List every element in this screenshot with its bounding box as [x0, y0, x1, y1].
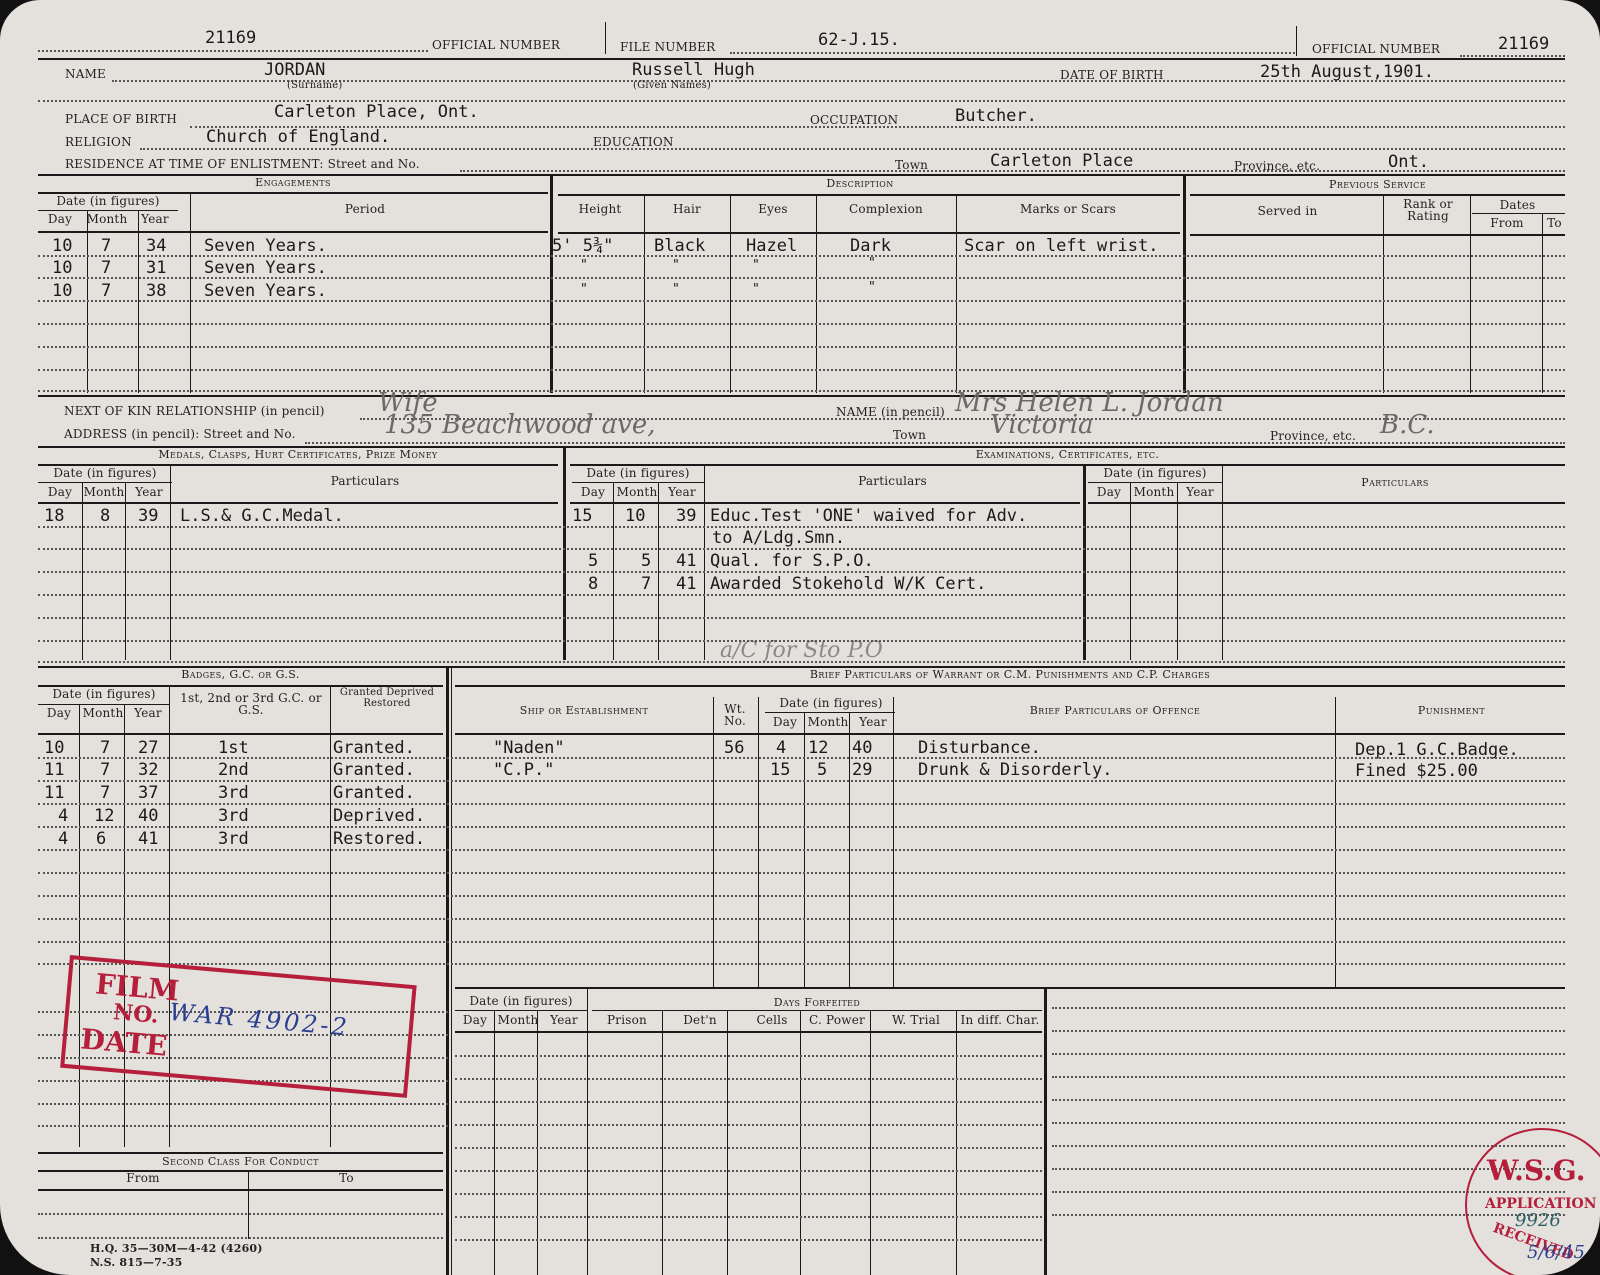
dotted-line — [38, 757, 1565, 759]
cell-hair: Black — [654, 236, 705, 256]
dotted-line — [38, 277, 1565, 279]
dob-label: DATE OF BIRTH — [1060, 68, 1164, 82]
col-ship: Ship or Establishment — [455, 704, 713, 717]
surname-value: JORDAN — [264, 60, 325, 80]
cell-year: 38 — [146, 281, 166, 301]
cell-status: Granted. — [333, 760, 415, 780]
divider — [730, 194, 731, 393]
rule — [1190, 194, 1565, 196]
cell-day: 10 — [44, 738, 64, 758]
cell-particulars: to A/Ldg.Smn. — [712, 528, 845, 548]
cell-year: 41 — [138, 829, 158, 849]
cell-day: 11 — [44, 783, 64, 803]
cell-ship: "C.P." — [493, 760, 554, 780]
dotted-line — [1052, 1099, 1565, 1101]
cell-year: 27 — [138, 738, 158, 758]
cell-which: 1st — [218, 738, 249, 758]
col-month: Month — [80, 706, 126, 720]
rule — [1190, 234, 1565, 236]
rule — [1088, 482, 1222, 483]
dotted-line — [455, 1124, 1042, 1126]
col-particulars-right: Particulars — [1225, 476, 1565, 489]
official-number-label: OFFICIAL NUMBER — [432, 38, 560, 52]
col-status: Granted Deprived Restored — [332, 687, 442, 709]
cell-which: 3rd — [218, 806, 249, 826]
dotted-line — [1052, 1007, 1565, 1009]
col-to: To — [1542, 216, 1567, 230]
cell-marks: Scar on left wrist. — [964, 236, 1158, 256]
col-month: Month — [614, 485, 660, 499]
dob-value: 25th August,1901. — [1260, 62, 1434, 82]
occupation-label: OCCUPATION — [810, 113, 898, 127]
divider — [1542, 213, 1543, 393]
col-day: Day — [38, 706, 80, 720]
divider — [1044, 987, 1047, 1275]
cell-status: Granted. — [333, 783, 415, 803]
dotted-line — [38, 826, 1565, 828]
dotted-line — [455, 1101, 1042, 1103]
nok-town-value: Victoria — [990, 410, 1094, 440]
rule — [1472, 213, 1565, 214]
cell-day: 11 — [44, 760, 64, 780]
divider — [893, 697, 894, 987]
engagements-title: Engagements — [38, 176, 548, 189]
divider — [1222, 464, 1223, 660]
cell-day: 5 — [588, 551, 598, 571]
cell-complexion: " — [868, 280, 876, 295]
dotted-line — [1052, 1122, 1565, 1124]
rule — [455, 685, 1565, 687]
divider — [704, 464, 705, 660]
cell-hair: " — [672, 258, 680, 273]
cell-month: 12 — [808, 738, 828, 758]
col-month: Month — [1130, 485, 1178, 499]
examinations-title: Examinations, Certificates, etc. — [570, 448, 1565, 461]
cell-day: 10 — [52, 258, 72, 278]
col-offence: Brief Particulars of Offence — [895, 704, 1335, 717]
nok-relationship-label: NEXT OF KIN RELATIONSHIP (in pencil) — [64, 404, 325, 418]
nok-town-label: Town — [893, 428, 926, 442]
file-number-value: 62-J.15. — [818, 30, 900, 50]
religion-label: RELIGION — [65, 135, 132, 149]
dotted-line — [455, 1170, 1042, 1172]
col-complexion: Complexion — [816, 202, 956, 216]
col-month: Month — [495, 1013, 541, 1027]
dotted-line — [190, 126, 1565, 128]
divider — [758, 697, 759, 987]
dotted-line — [38, 255, 1565, 257]
col-year: Year — [126, 485, 172, 499]
divider — [644, 194, 645, 393]
dotted-line — [38, 323, 1565, 325]
dotted-line — [38, 571, 1565, 573]
dotted-line — [140, 148, 1565, 150]
cell-month: 7 — [101, 236, 111, 256]
dotted-line — [38, 594, 1565, 596]
cell-height: " — [580, 258, 588, 273]
col-day: Day — [1088, 485, 1130, 499]
cell-year: 31 — [146, 258, 166, 278]
service-record-card: 21169 OFFICIAL NUMBER FILE NUMBER 62-J.1… — [0, 0, 1600, 1275]
divider — [800, 1010, 801, 1275]
wsg-title: W.S.G. — [1487, 1154, 1585, 1187]
education-label: EDUCATION — [593, 135, 674, 149]
religion-value: Church of England. — [206, 127, 390, 147]
cell-year: 34 — [146, 236, 166, 256]
rule — [1088, 502, 1565, 504]
rule — [570, 464, 1565, 466]
forfeit-date-header: Date (in figures) — [455, 994, 587, 1008]
col-marks: Marks or Scars — [956, 202, 1180, 216]
cell-year: 37 — [138, 783, 158, 803]
rule — [455, 987, 1565, 989]
col-day: Day — [38, 485, 82, 499]
nok-address-value: 135 Beachwood ave, — [384, 410, 656, 440]
form-code-line2: N.S. 815—7-35 — [90, 1256, 182, 1269]
dotted-line — [38, 941, 1565, 943]
col-detn: Det'n — [664, 1013, 736, 1027]
col-wtrial: W. Trial — [874, 1013, 958, 1027]
occupation-value: Butcher. — [955, 106, 1037, 126]
exam2-date-header: Date (in figures) — [1088, 466, 1222, 480]
cell-particulars: L.S.& G.C.Medal. — [180, 506, 344, 526]
dotted-line — [38, 346, 1565, 348]
previous-service-title: Previous Service — [1190, 178, 1565, 191]
cell-month: 5 — [641, 551, 651, 571]
film-number-value: WAR 4902-2 — [168, 998, 351, 1042]
divider — [170, 464, 171, 660]
col-to: To — [250, 1171, 443, 1185]
dotted-line — [305, 442, 1565, 444]
rule — [558, 194, 1180, 196]
cell-eyes: " — [752, 258, 760, 273]
rule — [455, 733, 1565, 735]
dotted-line — [38, 1125, 448, 1127]
cell-height: 5' 5¾" — [552, 236, 613, 256]
cell-year: 41 — [676, 551, 696, 571]
col-wt: Wt. No. — [715, 703, 755, 727]
dotted-line — [1460, 55, 1565, 57]
days-forfeited-title: Days Forfeited — [592, 996, 1042, 1009]
wsg-date: 5/6/45 — [1527, 1242, 1585, 1263]
cell-particulars: Awarded Stokehold W/K Cert. — [710, 574, 986, 594]
cell-day: 4 — [58, 829, 68, 849]
cell-month: 7 — [101, 258, 111, 278]
dotted-line — [38, 526, 1565, 528]
col-particulars: Particulars — [705, 474, 1080, 488]
rule — [592, 1010, 1042, 1011]
rule — [570, 502, 1080, 504]
col-year: Year — [126, 706, 170, 720]
engagements-date-header: Date (in figures) — [38, 194, 178, 208]
residence-province-value: Ont. — [1388, 152, 1429, 172]
form-code-line1: H.Q. 35—30M—4-42 (4260) — [90, 1242, 263, 1255]
given-names-caption: (Given Names) — [633, 80, 711, 91]
rule — [455, 1010, 587, 1011]
cell-year: 40 — [138, 806, 158, 826]
dotted-line — [38, 849, 1565, 851]
cell-status: Granted. — [333, 738, 415, 758]
cell-period: Seven Years. — [204, 258, 327, 278]
badges-title: Badges, G.C. or G.S. — [38, 668, 443, 681]
rule — [38, 704, 170, 705]
cell-day: 4 — [58, 806, 68, 826]
dotted-line — [38, 548, 1565, 550]
col-month: Month — [82, 212, 132, 226]
divider — [956, 194, 957, 393]
dotted-line — [38, 50, 428, 52]
divider — [816, 194, 817, 393]
col-period: Period — [190, 202, 540, 216]
col-from: From — [38, 1171, 248, 1185]
wsg-stamp: W.S.G. APPLICATION 9926 RECEIVED 5/6/45 — [1465, 1128, 1600, 1275]
cell-day: 18 — [44, 506, 64, 526]
official-number-right-value: 21169 — [1498, 34, 1549, 54]
col-prison: Prison — [592, 1013, 662, 1027]
dotted-line — [1052, 1145, 1565, 1147]
dotted-line — [38, 918, 1565, 920]
official-number-value: 21169 — [205, 28, 256, 48]
divider — [190, 192, 191, 393]
dotted-line — [38, 803, 1565, 805]
dotted-line — [730, 52, 1295, 54]
description-title: Description — [555, 177, 1165, 190]
cell-month: 12 — [94, 806, 114, 826]
rule — [38, 231, 548, 233]
cell-year: 39 — [676, 506, 696, 526]
dotted-line — [455, 1055, 1042, 1057]
rule — [38, 502, 558, 504]
rule — [38, 1152, 443, 1154]
dotted-line — [38, 780, 1565, 782]
divider — [563, 446, 566, 660]
col-year: Year — [851, 715, 895, 729]
cell-height: " — [580, 282, 588, 297]
residence-town-value: Carleton Place — [990, 151, 1133, 171]
rule — [38, 482, 172, 483]
dotted-line — [38, 640, 1565, 642]
rule — [38, 733, 443, 735]
divider — [662, 1010, 663, 1275]
cell-month: 7 — [100, 738, 110, 758]
col-punishment: Punishment — [1338, 704, 1565, 717]
dotted-line — [38, 390, 1565, 392]
badges-date-header: Date (in figures) — [38, 687, 170, 701]
cell-day: 15 — [572, 506, 592, 526]
col-day: Day — [455, 1013, 495, 1027]
col-served-in: Served in — [1190, 204, 1385, 218]
col-month: Month — [82, 485, 126, 499]
cell-which: 3rd — [218, 783, 249, 803]
cell-day: 15 — [770, 760, 790, 780]
dotted-line — [38, 661, 1565, 663]
cell-which: 2nd — [218, 760, 249, 780]
given-names-value: Russell Hugh — [632, 60, 755, 80]
col-particulars: Particulars — [172, 474, 558, 488]
dotted-line — [38, 1237, 443, 1239]
rule — [572, 482, 704, 483]
cell-offence: Disturbance. — [918, 738, 1041, 758]
divider — [537, 1010, 538, 1275]
cell-hair: " — [672, 282, 680, 297]
nok-province-value: B.C. — [1380, 410, 1435, 440]
col-day: Day — [572, 485, 614, 499]
wsg-number: 9926 — [1515, 1210, 1561, 1231]
pob-label: PLACE OF BIRTH — [65, 112, 177, 126]
dotted-line — [38, 369, 1565, 371]
col-month: Month — [805, 715, 851, 729]
dotted-line — [460, 170, 1565, 172]
dotted-line — [38, 300, 1565, 302]
film-stamp: FILM NO. DATE WAR 4902-2 — [60, 955, 417, 1098]
col-indiff: In diff. Char. — [958, 1013, 1042, 1027]
cell-day: 4 — [776, 738, 786, 758]
divider — [1383, 194, 1384, 393]
rule — [38, 395, 1565, 397]
punishments-date-header: Date (in figures) — [765, 696, 897, 710]
divider — [587, 987, 588, 1275]
dotted-line — [1052, 1076, 1565, 1078]
residence-label: RESIDENCE AT TIME OF ENLISTMENT: Street … — [65, 157, 420, 171]
nok-province-label: Province, etc. — [1270, 429, 1356, 443]
nok-name-label: NAME (in pencil) — [836, 405, 945, 419]
rule — [455, 1031, 1042, 1033]
divider — [1296, 26, 1297, 56]
col-year: Year — [660, 485, 704, 499]
cell-day: 8 — [588, 574, 598, 594]
cell-month: 7 — [641, 574, 651, 594]
divider — [550, 174, 553, 393]
rule — [558, 232, 1180, 234]
cell-month: 10 — [625, 506, 645, 526]
divider — [605, 22, 606, 54]
cell-wt: 56 — [724, 738, 744, 758]
rule — [38, 210, 178, 211]
dotted-line — [38, 100, 1565, 102]
medals-title: Medals, Clasps, Hurt Certificates, Prize… — [38, 448, 558, 461]
col-eyes: Eyes — [730, 202, 816, 216]
file-number-label: FILE NUMBER — [620, 40, 715, 54]
divider — [1335, 697, 1336, 987]
cell-which: 3rd — [218, 829, 249, 849]
rule — [38, 1189, 443, 1191]
cell-month: 6 — [96, 829, 106, 849]
dotted-line — [455, 1147, 1042, 1149]
divider — [870, 1010, 871, 1275]
cell-year: 41 — [676, 574, 696, 594]
dotted-line — [455, 1216, 1042, 1218]
cell-complexion: " — [868, 256, 876, 271]
dotted-line — [455, 1239, 1042, 1241]
cell-complexion: Dark — [850, 236, 891, 256]
punishments-title: Brief Particulars of Warrant or C.M. Pun… — [455, 668, 1565, 681]
col-hair: Hair — [644, 202, 730, 216]
divider — [956, 1010, 957, 1275]
name-label: NAME — [65, 67, 106, 81]
cell-month: 5 — [817, 760, 827, 780]
cell-year: 40 — [852, 738, 872, 758]
cell-year: 39 — [138, 506, 158, 526]
divider — [713, 697, 714, 987]
divider — [1083, 464, 1086, 660]
cell-eyes: Hazel — [746, 236, 797, 256]
cell-status: Restored. — [333, 829, 425, 849]
cell-month: 7 — [100, 783, 110, 803]
film-date-label: DATE — [79, 1022, 168, 1062]
cell-year: 32 — [138, 760, 158, 780]
col-day: Day — [38, 212, 82, 226]
cell-period: Seven Years. — [204, 281, 327, 301]
col-day: Day — [765, 715, 805, 729]
dotted-line — [38, 872, 1565, 874]
cell-month: 7 — [100, 760, 110, 780]
dotted-line — [38, 1103, 448, 1105]
cell-period: Seven Years. — [204, 236, 327, 256]
dotted-line — [38, 1213, 443, 1215]
dotted-line — [38, 617, 1565, 619]
divider — [1183, 174, 1186, 393]
col-year: Year — [541, 1013, 587, 1027]
dotted-line — [1052, 1053, 1565, 1055]
cell-particulars: Qual. for S.P.O. — [710, 551, 874, 571]
cell-day: 10 — [52, 236, 72, 256]
cell-ship: "Naden" — [493, 738, 565, 758]
dotted-line — [455, 1078, 1042, 1080]
col-cells: Cells — [736, 1013, 808, 1027]
dotted-line — [1052, 1030, 1565, 1032]
divider — [1470, 194, 1471, 393]
dotted-line — [455, 1193, 1042, 1195]
cell-month: 8 — [100, 506, 110, 526]
cell-status: Deprived. — [333, 806, 425, 826]
second-class-title: Second Class For Conduct — [38, 1155, 443, 1168]
cell-eyes: " — [752, 282, 760, 297]
cell-day: 10 — [52, 281, 72, 301]
dotted-line — [38, 963, 1565, 965]
col-rank: Rank or Rating — [1388, 198, 1468, 222]
cell-month: 7 — [101, 281, 111, 301]
pob-value: Carleton Place, Ont. — [274, 102, 479, 122]
col-year: Year — [1178, 485, 1222, 499]
medals-date-header: Date (in figures) — [38, 466, 172, 480]
col-from: From — [1472, 216, 1542, 230]
film-no-label: NO. — [112, 999, 160, 1029]
official-number-right-label: OFFICIAL NUMBER — [1312, 42, 1440, 56]
cell-offence: Drunk & Disorderly. — [918, 760, 1112, 780]
dotted-line — [38, 895, 1565, 897]
divider — [494, 1010, 495, 1275]
col-which: 1st, 2nd or 3rd G.C. or G.S. — [172, 692, 330, 716]
col-cpower: C. Power — [800, 1013, 874, 1027]
exam-date-header: Date (in figures) — [572, 466, 704, 480]
divider — [169, 685, 170, 1147]
divider — [727, 1010, 728, 1275]
cell-year: 29 — [852, 760, 872, 780]
divider — [248, 1172, 249, 1239]
nok-address-label: ADDRESS (in pencil): Street and No. — [64, 427, 296, 441]
surname-caption: (Surname) — [287, 80, 342, 91]
col-dates: Dates — [1470, 198, 1565, 212]
cell-punishment: Fined $25.00 — [1355, 761, 1478, 781]
cell-particulars: Educ.Test 'ONE' waived for Adv. — [710, 506, 1027, 526]
col-height: Height — [556, 202, 644, 216]
rule — [765, 712, 895, 713]
